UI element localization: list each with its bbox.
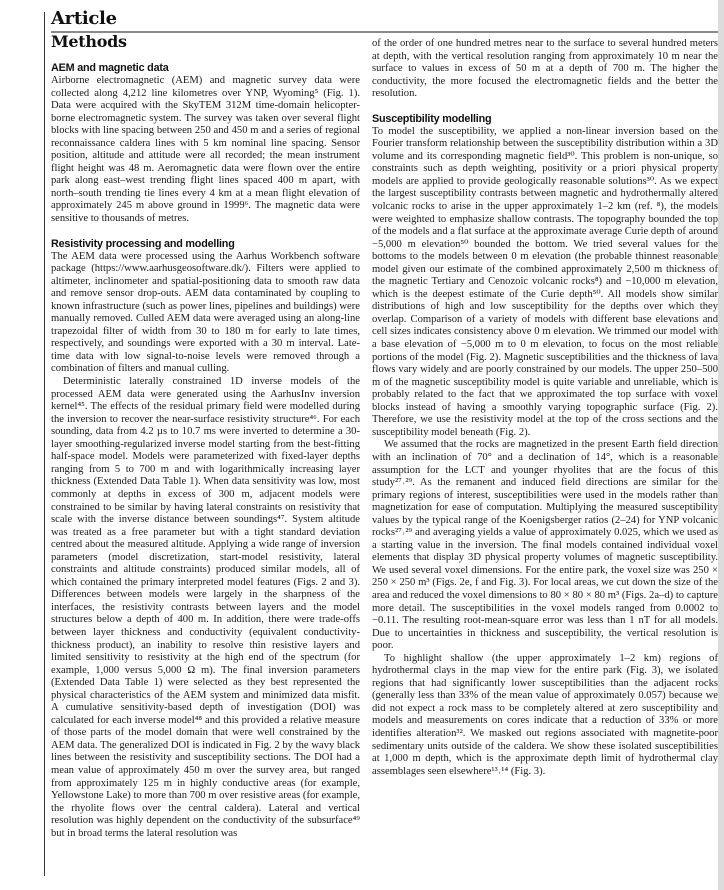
paragraph-inverse-models: Deterministic laterally constrained 1D i… (51, 376, 360, 840)
right-column: of the order of one hundred metres near … (372, 38, 718, 778)
section-gap (372, 101, 718, 113)
left-column: AEM and magnetic data Airborne electroma… (51, 62, 360, 840)
paragraph-aem-data: Airborne electromagnetic (AEM) and magne… (51, 75, 360, 226)
scrollbar-gutter (718, 0, 724, 890)
section-title: Methods (51, 31, 127, 53)
heading-susceptibility-modelling: Susceptibility modelling (372, 113, 718, 126)
header-divider (51, 31, 718, 33)
heading-resistivity-processing: Resistivity processing and modelling (51, 238, 360, 251)
paragraph-magnetization-assumptions: We assumed that the rocks are magnetized… (372, 439, 718, 652)
paragraph-susceptibility-inversion: To model the susceptibility, we applied … (372, 126, 718, 440)
left-margin-rule (44, 12, 45, 876)
paragraph-resolution-continuation: of the order of one hundred metres near … (372, 38, 718, 101)
heading-aem-magnetic-data: AEM and magnetic data (51, 62, 360, 75)
paragraph-hydrothermal-clays: To highlight shallow (the upper approxim… (372, 653, 718, 778)
article-label: Article (51, 7, 117, 31)
document-page: Article Methods AEM and magnetic data Ai… (0, 0, 718, 890)
section-gap (51, 226, 360, 238)
paragraph-resistivity-processing: The AEM data were processed using the Aa… (51, 251, 360, 376)
